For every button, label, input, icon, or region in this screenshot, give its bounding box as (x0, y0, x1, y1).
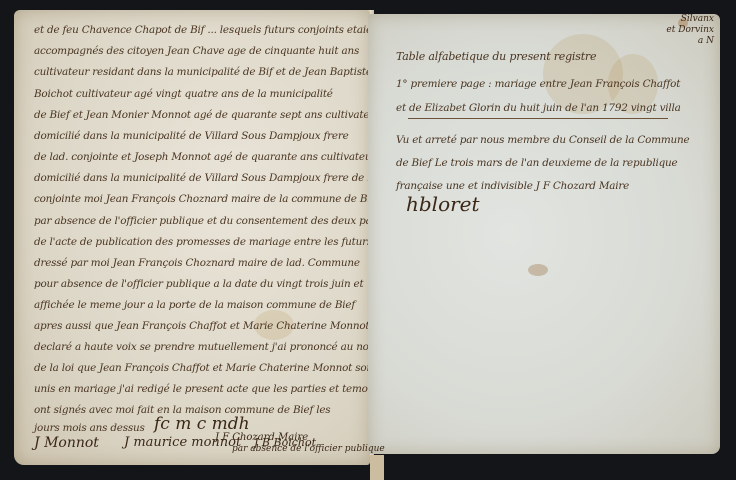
text-line: de l'acte de publication des promesses d… (34, 236, 421, 248)
bookmark-ribbon (370, 455, 384, 480)
text-line: domicilié dans la municipalité de Villar… (34, 130, 349, 142)
left-page: et de feu Chavence Chapot de Bif ... les… (14, 10, 370, 465)
text-line: de Bief et Jean Monier Monnot agé de qua… (34, 109, 381, 121)
corner-annotation-line: a N (666, 36, 714, 47)
signature: hbloret (406, 192, 480, 216)
text-line: declaré a haute voix se prendre mutuelle… (34, 341, 378, 353)
corner-annotation-line: et Dorvinx (666, 25, 714, 36)
text-line: Vu et arreté par nous membre du Conseil … (396, 134, 689, 146)
text-line: et de feu Chavence Chapot de Bif ... les… (34, 24, 382, 36)
right-page: Silvanx et Dorvinx a N Table alfabetique… (368, 14, 720, 454)
text-line: accompagnés des citoyen Jean Chave age d… (34, 45, 359, 57)
text-line: et de Elizabet Glorin du huit juin de l'… (396, 102, 681, 114)
text-line: jours mois ans dessus (34, 422, 145, 434)
text-line: par absence de l'officier publique et du… (34, 215, 395, 227)
text-line: cultivateur residant dans la municipalit… (34, 66, 372, 78)
signature: par absence de l'officier publique (232, 444, 385, 454)
text-line: pour absence de l'officier publique a la… (34, 278, 363, 290)
text-line: de Bief Le trois mars de l'an deuxieme d… (396, 157, 678, 169)
text-line: française une et indivisible J F Chozard… (396, 180, 629, 192)
text-line: 1° premiere page : mariage entre Jean Fr… (396, 78, 680, 90)
text-line: affichée le meme jour a la porte de la m… (34, 299, 355, 311)
text-line: de la loi que Jean François Chaffot et M… (34, 362, 377, 374)
text-line: Boichot cultivateur agé vingt quatre ans… (34, 88, 333, 100)
signature: J F Chozard Maire (215, 432, 308, 443)
corner-annotation-line: Silvanx (666, 14, 714, 25)
signature: J Monnot (34, 435, 99, 451)
text-line: apres aussi que Jean François Chaffot et… (34, 320, 389, 332)
corner-annotation: Silvanx et Dorvinx a N (666, 14, 714, 47)
divider-rule (408, 118, 668, 119)
signature: fc m c mdh (154, 414, 250, 434)
table-heading: Table alfabetique du present registre (396, 50, 596, 63)
paper-stain (528, 264, 548, 276)
text-line: dressé par moi Jean François Choznard ma… (34, 257, 360, 269)
text-line: de lad. conjointe et Joseph Monnot agé d… (34, 151, 376, 163)
text-line: domicilié dans la municipalité de Villar… (34, 172, 386, 184)
text-line: unis en mariage j'ai redigé le present a… (34, 383, 382, 395)
text-line: conjointe moi Jean François Choznard mai… (34, 193, 380, 205)
